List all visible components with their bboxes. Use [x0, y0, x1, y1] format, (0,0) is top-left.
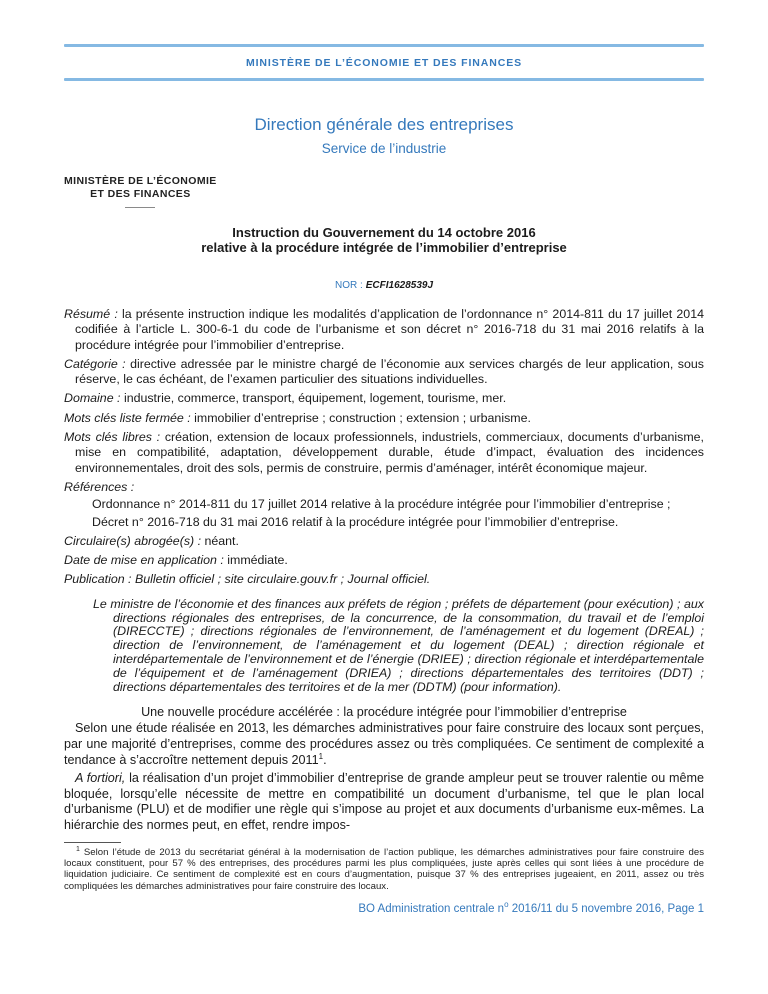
page-footer-suffix: 2016/11 du 5 novembre 2016, Page 1 — [509, 903, 704, 915]
meta-mots-cles-libres-label: Mots clés libres : — [64, 430, 160, 444]
page-footer: BO Administration centrale no 2016/11 du… — [64, 903, 704, 915]
footnote-text: Selon l’étude de 2013 du secrétariat gén… — [64, 847, 704, 892]
metadata-section: Résumé : la présente instruction indique… — [64, 307, 704, 588]
meta-categorie-text: directive adressée par le ministre charg… — [75, 357, 704, 386]
body-paragraph-2-text: la réalisation d’un projet d’immobilier … — [64, 771, 704, 832]
meta-circulaires-text: néant. — [204, 534, 238, 548]
meta-mots-cles-libres-text: création, extension de locaux profession… — [75, 430, 704, 475]
meta-mots-cles-fermee-label: Mots clés liste fermée : — [64, 411, 191, 425]
ministry-divider — [125, 207, 155, 208]
nor-value: ECFI1628539J — [366, 280, 433, 291]
meta-circulaires: Circulaire(s) abrogée(s) : néant. — [64, 534, 704, 549]
meta-date-application-label: Date de mise en application : — [64, 553, 224, 567]
service-subtitle: Service de l’industrie — [64, 141, 704, 156]
meta-domaine-text: industrie, commerce, transport, équipeme… — [124, 391, 506, 405]
meta-publication-label: Publication : — [64, 572, 132, 586]
addressees-paragraph: Le ministre de l’économie et des finance… — [93, 598, 704, 695]
meta-date-application: Date de mise en application : immédiate. — [64, 553, 704, 568]
meta-mots-cles-fermee: Mots clés liste fermée : immobilier d’en… — [64, 411, 704, 426]
section-heading: Une nouvelle procédure accélérée : la pr… — [64, 705, 704, 719]
meta-resume: Résumé : la présente instruction indique… — [64, 307, 704, 353]
body-paragraph-1: Selon une étude réalisée en 2013, les dé… — [64, 721, 704, 768]
meta-date-application-text: immédiate. — [227, 553, 288, 567]
header-band: MINISTÈRE DE L’ÉCONOMIE ET DES FINANCES — [64, 44, 704, 81]
instruction-title: Instruction du Gouvernement du 14 octobr… — [64, 226, 704, 255]
page-footer-prefix: BO Administration centrale n — [358, 903, 504, 915]
meta-circulaires-label: Circulaire(s) abrogée(s) : — [64, 534, 201, 548]
header-rule-bottom — [64, 78, 704, 81]
direction-title: Direction générale des entreprises — [64, 115, 704, 135]
ministry-block: MINISTÈRE DE L’ÉCONOMIE ET DES FINANCES — [64, 175, 217, 208]
body-paragraph-1-suffix: . — [323, 753, 327, 767]
meta-publication: Publication : Bulletin officiel ; site c… — [64, 572, 704, 587]
meta-mots-cles-fermee-text: immobilier d’entreprise ; construction ;… — [194, 411, 531, 425]
ministry-band-title: MINISTÈRE DE L’ÉCONOMIE ET DES FINANCES — [64, 47, 704, 78]
meta-categorie: Catégorie : directive adressée par le mi… — [64, 357, 704, 388]
footnote-1: 1 Selon l’étude de 2013 du secrétariat g… — [64, 847, 704, 892]
meta-mots-cles-libres: Mots clés libres : création, extension d… — [64, 430, 704, 476]
body-paragraph-1-text: Selon une étude réalisée en 2013, les dé… — [64, 721, 704, 767]
meta-resume-label: Résumé : — [64, 307, 118, 321]
body-paragraph-2-lead: A fortiori, — [75, 771, 125, 785]
nor-line: NOR :ECFI1628539J — [64, 280, 704, 291]
meta-domaine-label: Domaine : — [64, 391, 120, 405]
meta-domaine: Domaine : industrie, commerce, transport… — [64, 391, 704, 406]
instruction-title-line1: Instruction du Gouvernement du 14 octobr… — [64, 226, 704, 241]
document-page: MINISTÈRE DE L’ÉCONOMIE ET DES FINANCES … — [0, 0, 768, 994]
nor-label: NOR : — [335, 280, 363, 291]
meta-publication-text: Bulletin officiel ; site circulaire.gouv… — [135, 572, 430, 586]
reference-item-2: Décret n° 2016-718 du 31 mai 2016 relati… — [64, 515, 704, 530]
reference-item-1: Ordonnance n° 2014-811 du 17 juillet 201… — [64, 497, 704, 512]
ministry-name-line2: ET DES FINANCES — [64, 188, 217, 201]
body-paragraph-2: A fortiori, la réalisation d’un projet d… — [64, 771, 704, 834]
meta-categorie-label: Catégorie : — [64, 357, 126, 371]
footnote-rule — [64, 842, 121, 843]
ministry-block-wrap: MINISTÈRE DE L’ÉCONOMIE ET DES FINANCES — [64, 175, 704, 208]
meta-resume-text: la présente instruction indique les moda… — [75, 307, 704, 352]
instruction-title-line2: relative à la procédure intégrée de l’im… — [64, 241, 704, 256]
ministry-name-line1: MINISTÈRE DE L’ÉCONOMIE — [64, 175, 217, 188]
meta-references-label: Références : — [64, 480, 704, 495]
